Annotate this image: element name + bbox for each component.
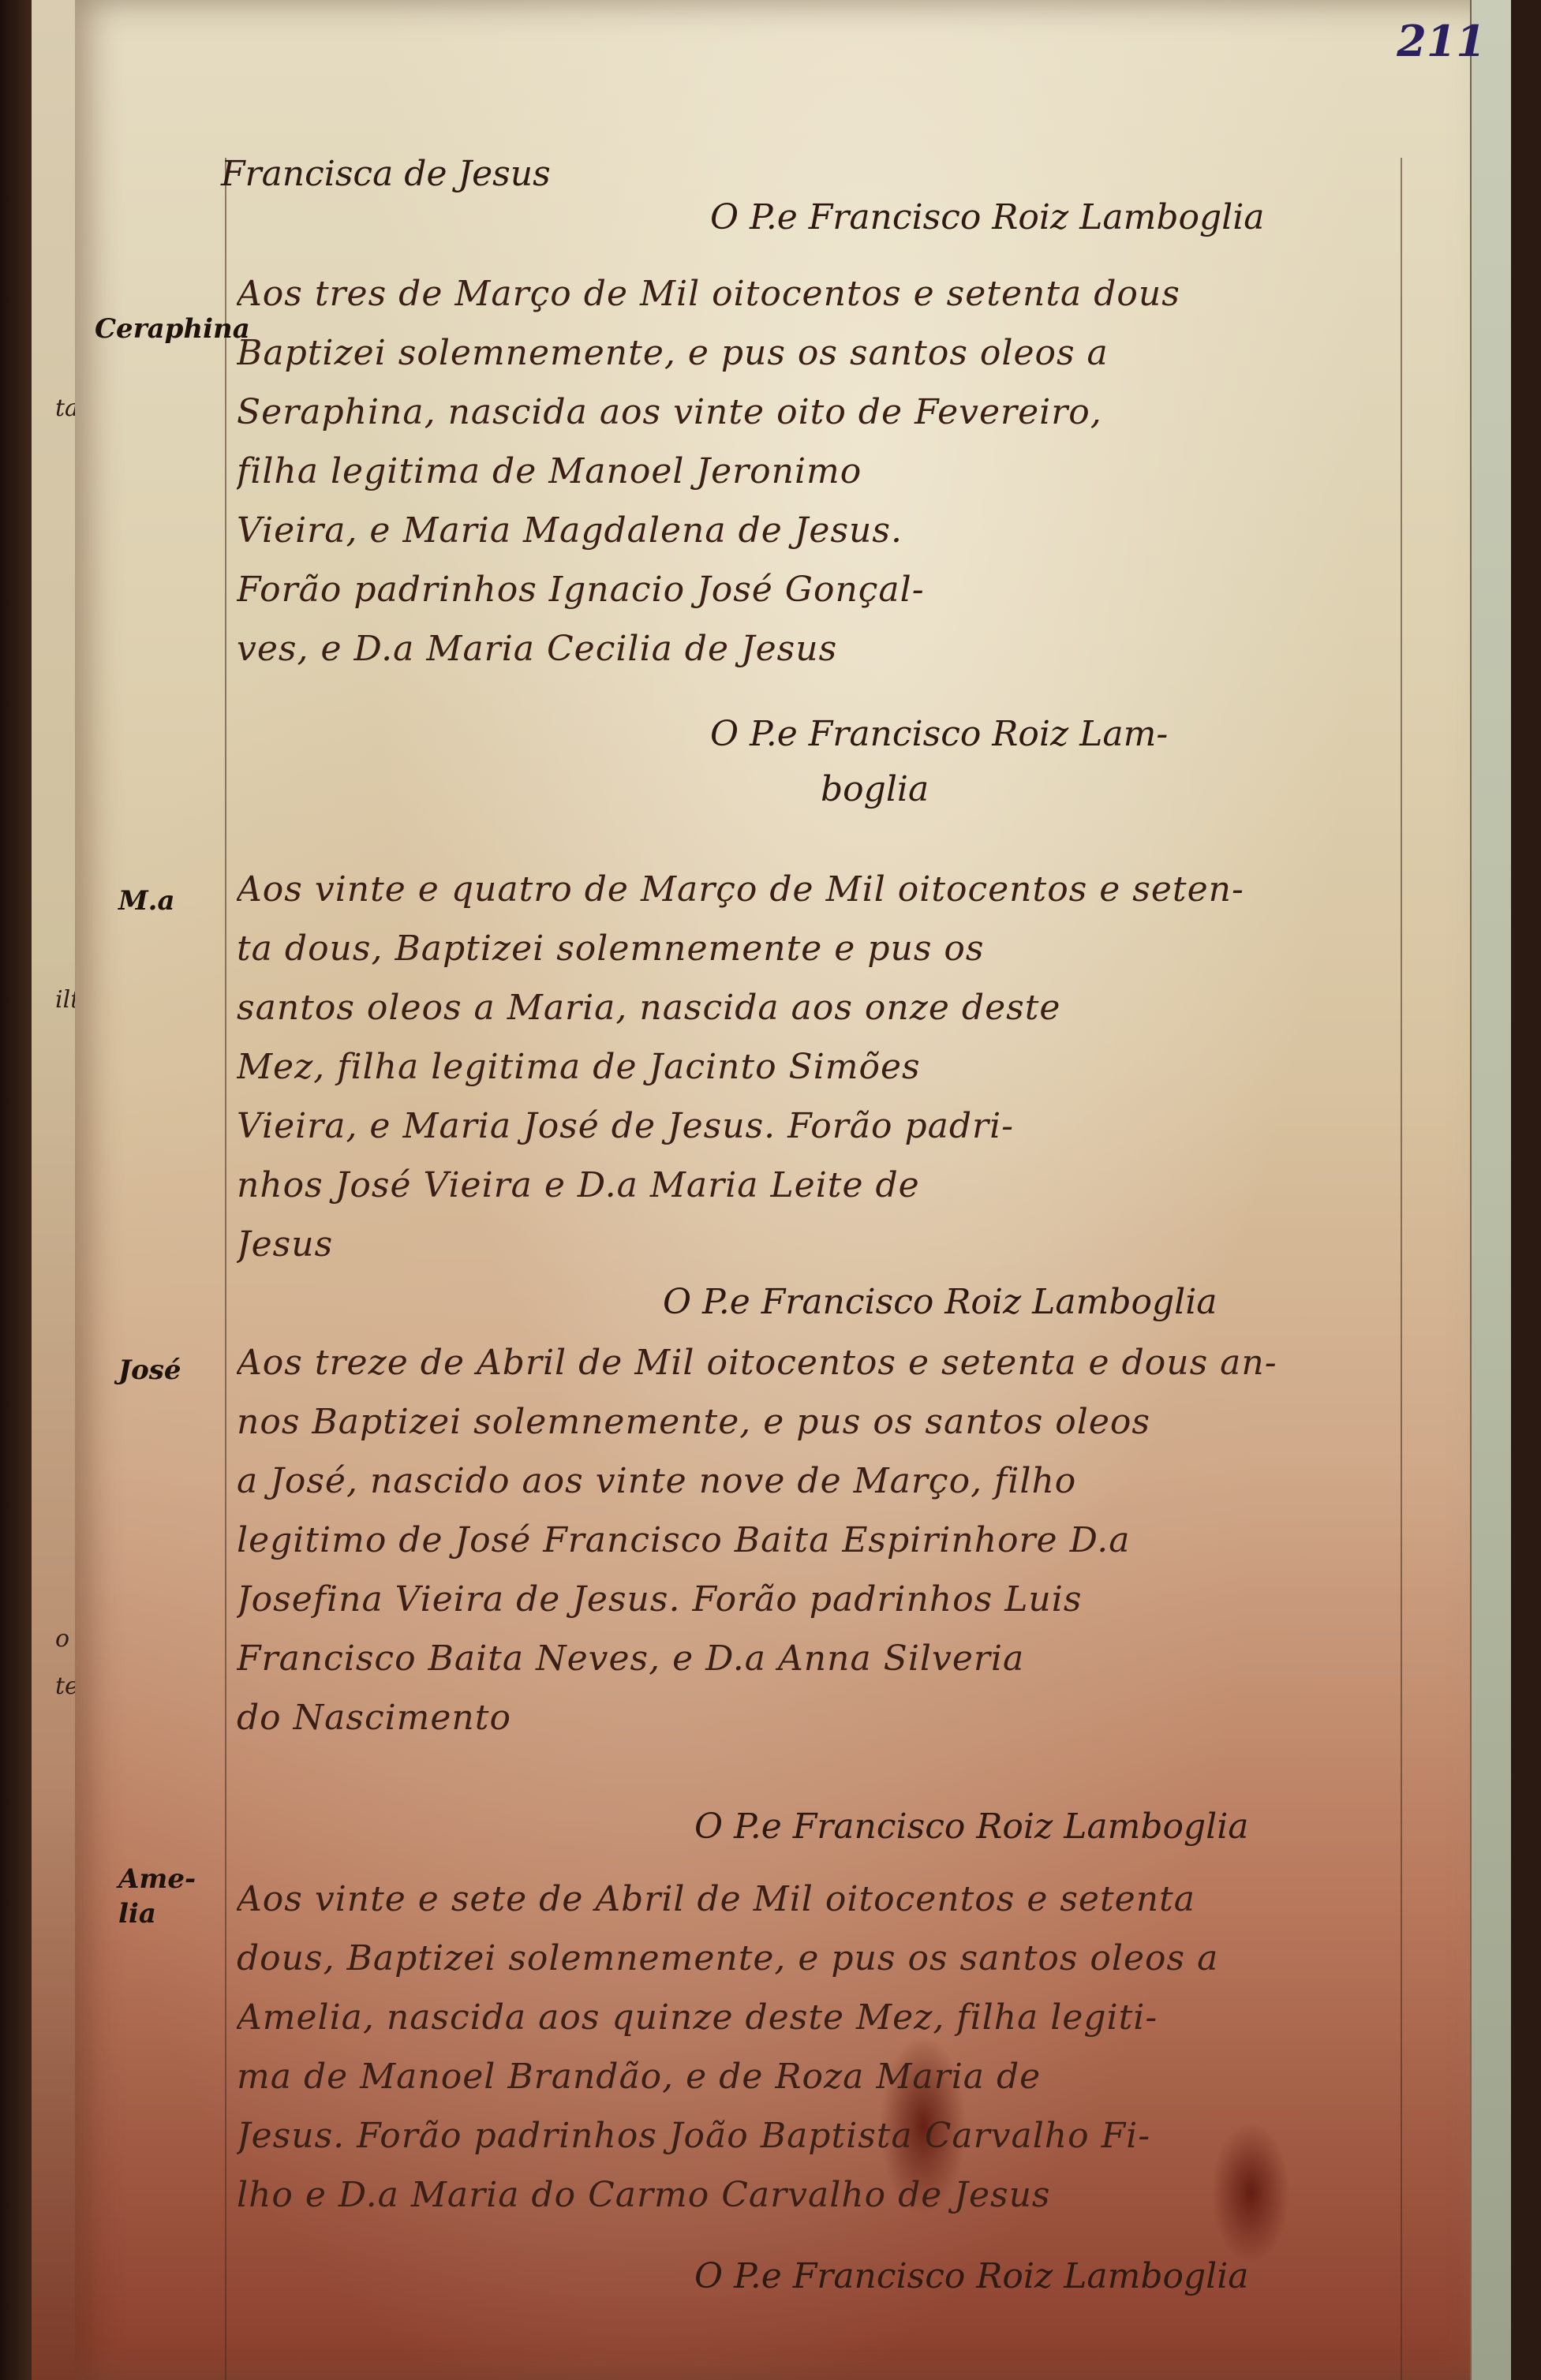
record-line: ma de Manoel Brandão, e de Roza Maria de (237, 2047, 1404, 2106)
record-line: santos oleos a Maria, nascida aos onze d… (237, 978, 1404, 1037)
baptism-record: Aos treze de Abril de Mil oitocentos e s… (237, 1333, 1404, 1747)
record-line: Jesus (237, 1215, 1404, 1274)
priest-signature-cont: boglia (821, 769, 929, 809)
record-line: Seraphina, nascida aos vinte oito de Fev… (237, 383, 1404, 442)
record-line: Baptizei solemnemente, e pus os santos o… (237, 323, 1404, 383)
record-line: do Nascimento (237, 1688, 1404, 1747)
record-line: a José, nascido aos vinte nove de Março,… (237, 1452, 1404, 1511)
underlying-margin-text: o (55, 1625, 69, 1653)
record-line: Aos treze de Abril de Mil oitocentos e s… (237, 1333, 1404, 1392)
folio-number: 211 (1397, 16, 1486, 66)
margin-rule (225, 158, 226, 2380)
record-line: Vieira, e Maria José de Jesus. Forão pad… (237, 1097, 1404, 1156)
preceding-record-closing: Francisca de Jesus (221, 154, 551, 194)
record-line: Mez, filha legitima de Jacinto Simões (237, 1037, 1404, 1097)
record-line: nhos José Vieira e D.a Maria Leite de (237, 1156, 1404, 1215)
page-right-edge (1470, 0, 1511, 2380)
record-line: Aos tres de Março de Mil oitocentos e se… (237, 264, 1404, 323)
record-line: ta dous, Baptizei solemnemente e pus os (237, 919, 1404, 978)
record-line: lho e D.a Maria do Carmo Carvalho de Jes… (237, 2165, 1404, 2225)
preceding-record-signature: O P.e Francisco Roiz Lamboglia (710, 197, 1265, 237)
priest-signature: O P.e Francisco Roiz Lam- (710, 714, 1168, 754)
record-margin-name: Ceraphina (95, 312, 205, 346)
record-margin-name: Ame-lia (118, 1862, 229, 1931)
record-line: nos Baptizei solemnemente, e pus os sant… (237, 1392, 1404, 1452)
priest-signature: O P.e Francisco Roiz Lamboglia (694, 1806, 1249, 1847)
record-margin-name: José (118, 1353, 229, 1388)
record-line: dous, Baptizei solemnemente, e pus os sa… (237, 1929, 1404, 1988)
baptism-record: Aos vinte e sete de Abril de Mil oitocen… (237, 1870, 1404, 2225)
record-line: filha legitima de Manoel Jeronimo (237, 442, 1404, 501)
record-margin-name: M.a (118, 884, 229, 918)
record-line: Josefina Vieira de Jesus. Forão padrinho… (237, 1570, 1404, 1629)
record-line: legitimo de José Francisco Baita Espirin… (237, 1511, 1404, 1570)
record-line: Jesus. Forão padrinhos João Baptista Car… (237, 2106, 1404, 2165)
priest-signature: O P.e Francisco Roiz Lamboglia (663, 1282, 1217, 1322)
record-line: Vieira, e Maria Magdalena de Jesus. (237, 501, 1404, 560)
record-line: Aos vinte e quatro de Março de Mil oitoc… (237, 860, 1404, 919)
record-line: Amelia, nascida aos quinze deste Mez, fi… (237, 1988, 1404, 2047)
record-line: Aos vinte e sete de Abril de Mil oitocen… (237, 1870, 1404, 1929)
record-line: Francisco Baita Neves, e D.a Anna Silver… (237, 1629, 1404, 1688)
record-line: ves, e D.a Maria Cecilia de Jesus (237, 619, 1404, 678)
baptism-record: Aos tres de Março de Mil oitocentos e se… (237, 264, 1404, 678)
record-line: Forão padrinhos Ignacio José Gonçal- (237, 560, 1404, 619)
priest-signature: O P.e Francisco Roiz Lamboglia (694, 2256, 1249, 2296)
baptism-record: Aos vinte e quatro de Março de Mil oitoc… (237, 860, 1404, 1274)
